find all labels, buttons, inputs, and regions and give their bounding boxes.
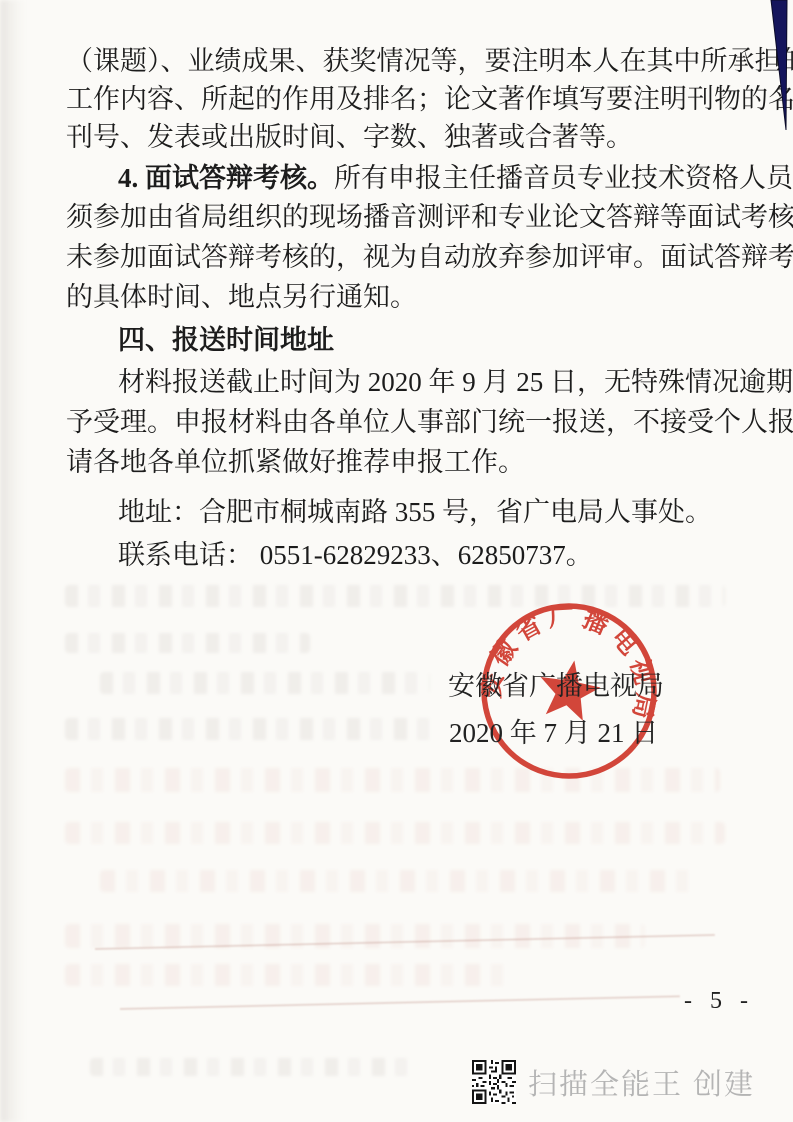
- section-heading: 四、报送时间地址: [118, 321, 334, 359]
- body-text-line: 工作内容、所起的作用及排名；论文著作填写要注明刊物的名称、: [66, 80, 793, 118]
- item4-text: 所有申报主任播音员专业技术资格人员，: [334, 163, 793, 193]
- body-text-line: 4. 面试答辩考核。所有申报主任播音员专业技术资格人员，: [118, 159, 793, 197]
- body-text-line: 未参加面试答辩考核的，视为自动放弃参加评审。面试答辩考核: [66, 238, 793, 276]
- scan-edge-shadow: [0, 0, 26, 1122]
- scan-corner-artifact: [763, 0, 793, 140]
- bleedthrough-artifact: [100, 672, 430, 694]
- qr-code-icon: [472, 1060, 516, 1104]
- bleedthrough-artifact: [65, 718, 435, 740]
- body-text-line: 的具体时间、地点另行通知。: [66, 278, 417, 316]
- body-text-line: 须参加由省局组织的现场播音测评和专业论文答辩等面试考核，: [66, 198, 793, 236]
- body-text-line: （课题）、业绩成果、获奖情况等，要注明本人在其中所承担的: [66, 42, 793, 80]
- bleedthrough-artifact: [65, 633, 310, 653]
- bleedthrough-artifact: [90, 1058, 410, 1076]
- item4-heading: 4. 面试答辩考核。: [118, 163, 334, 193]
- page-number: - 5 -: [684, 988, 754, 1015]
- body-text-line: 刊号、发表或出版时间、字数、独著或合著等。: [66, 118, 633, 156]
- bleedthrough-artifact: [100, 870, 700, 892]
- body-text-line: 请各地各单位抓紧做好推荐申报工作。: [66, 443, 525, 481]
- bleedthrough-artifact: [65, 964, 515, 986]
- bleedthrough-artifact: [65, 822, 725, 844]
- scanner-watermark: 扫描全能王 创建: [472, 1058, 755, 1106]
- watermark-text: 扫描全能王 创建: [528, 1062, 755, 1103]
- body-text-line: 材料报送截止时间为 2020 年 9 月 25 日，无特殊情况逾期不: [118, 363, 793, 401]
- bleedthrough-artifact: [65, 924, 645, 948]
- signature-agency: 安徽省广播电视局: [448, 664, 664, 703]
- address-line: 地址：合肥市桐城南路 355 号，省广电局人事处。: [118, 493, 712, 531]
- signature-date: 2020 年 7 月 21 日: [449, 711, 658, 750]
- body-text-line: 予受理。申报材料由各单位人事部门统一报送，不接受个人报送。: [66, 403, 793, 441]
- scanned-document-page: （课题）、业绩成果、获奖情况等，要注明本人在其中所承担的 工作内容、所起的作用及…: [0, 0, 793, 1122]
- bleedthrough-artifact: [65, 585, 725, 607]
- bleedthrough-artifact: [120, 995, 680, 1010]
- phone-line: 联系电话： 0551-62829233、62850737。: [118, 536, 593, 574]
